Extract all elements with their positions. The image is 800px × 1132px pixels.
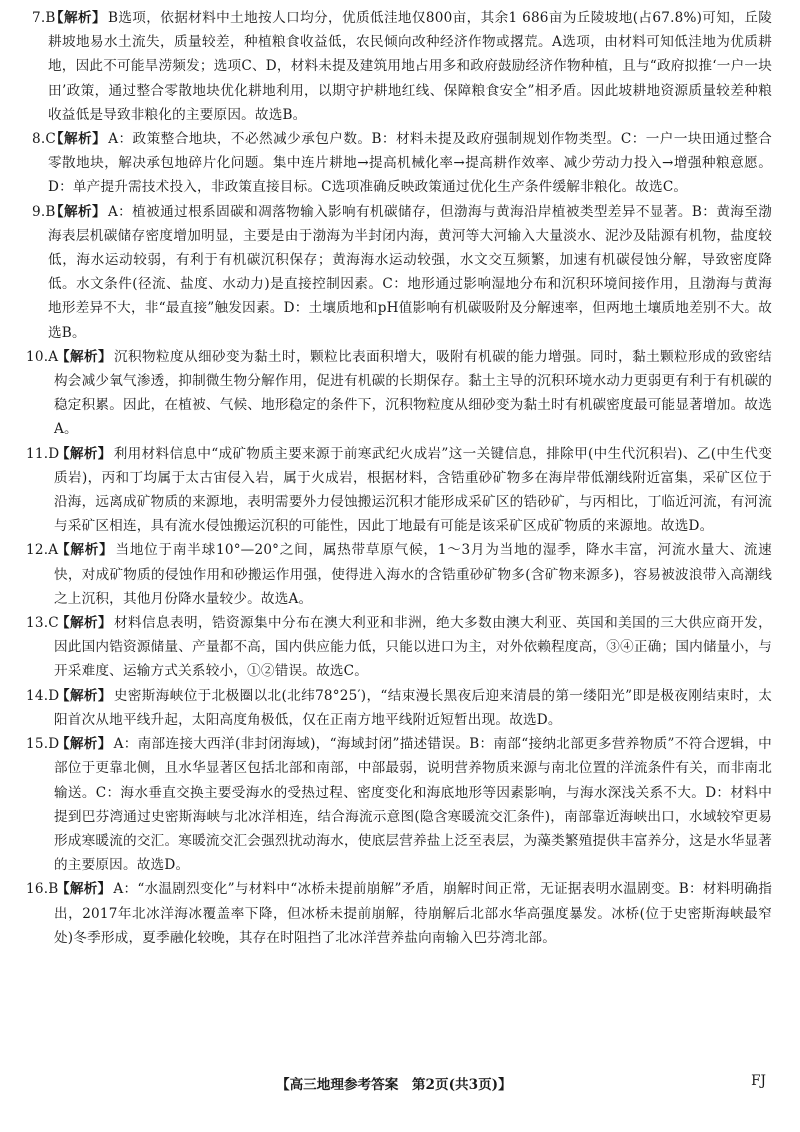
- question-number: 12.A: [26, 538, 58, 562]
- analysis-tag: 【解析】: [50, 131, 106, 147]
- page-footer: 【高三地理参考答案 第2页(共3页)】 FJ: [0, 1073, 800, 1095]
- answer-item-11: 11.D 【解析】利用材料信息中“成矿物质主要来源于前寒武纪火成岩”这一关键信息…: [32, 442, 772, 539]
- question-number: 7.B: [32, 6, 56, 30]
- analysis-tag: 【解析】: [56, 446, 112, 462]
- analysis-text: 史密斯海峡位于北极圈以北(北纬78°25′)，“结束漫长黑夜后迎来清晨的第一缕阳…: [54, 688, 772, 728]
- question-number: 10.A: [26, 345, 58, 369]
- question-number: 8.C: [32, 127, 56, 151]
- analysis-tag: 【解析】: [56, 688, 112, 704]
- question-number: 11.D: [26, 442, 59, 466]
- analysis-text: 利用材料信息中“成矿物质主要来源于前寒武纪火成岩”这一关键信息，排除甲(中生代沉…: [54, 446, 772, 535]
- analysis-text: A：植被通过根系固碳和凋落物输入影响有机碳储存，但渤海与黄海沿岸植被类型差异不显…: [48, 204, 772, 341]
- question-number: 14.D: [26, 684, 59, 708]
- analysis-text: 当地位于南半球10°—20°之间，属热带草原气候，1～3月为当地的湿季，降水丰富…: [54, 542, 772, 606]
- answer-item-8: 8.C 【解析】A：政策整合地块，不必然减少承包户数。B：材料未提及政府强制规划…: [32, 127, 772, 200]
- analysis-tag: 【解析】: [56, 615, 112, 631]
- analysis-tag: 【解析】: [50, 10, 106, 26]
- answer-item-12: 12.A 【解析】当地位于南半球10°—20°之间，属热带草原气候，1～3月为当…: [32, 538, 772, 611]
- analysis-text: A：“水温剧烈变化”与材料中“冰桥未提前崩解”矛盾，崩解时间正常，无证据表明水温…: [54, 881, 772, 945]
- analysis-tag: 【解析】: [56, 542, 113, 558]
- question-number: 16.B: [26, 877, 58, 901]
- analysis-text: A：南部连接大西洋(非封闭海域)，“海域封闭”描述错误。B：南部“接纳北部更多营…: [54, 736, 772, 873]
- question-number: 15.D: [26, 732, 59, 756]
- answer-item-13: 13.C 【解析】材料信息表明，锆资源集中分布在澳大利亚和非洲，绝大多数由澳大利…: [32, 611, 772, 684]
- answer-item-10: 10.A 【解析】沉积物粒度从细砂变为黏土时，颗粒比表面积增大，吸附有机碳的能力…: [32, 345, 772, 442]
- question-number: 9.B: [32, 200, 56, 224]
- analysis-tag: 【解析】: [56, 881, 111, 897]
- analysis-text: B选项，依据材料中土地按人口均分，优质低洼地仅800亩，其余1 686亩为丘陵坡…: [48, 10, 772, 123]
- analysis-text: 材料信息表明，锆资源集中分布在澳大利亚和非洲，绝大多数由澳大利亚、英国和美国的三…: [54, 615, 772, 679]
- analysis-tag: 【解析】: [50, 204, 106, 220]
- answer-item-7: 7.B 【解析】B选项，依据材料中土地按人口均分，优质低洼地仅800亩，其余1 …: [32, 6, 772, 127]
- answer-key-page: 7.B 【解析】B选项，依据材料中土地按人口均分，优质低洼地仅800亩，其余1 …: [0, 0, 800, 1132]
- analysis-tag: 【解析】: [56, 349, 112, 365]
- analysis-tag: 【解析】: [56, 736, 112, 752]
- analysis-text: A：政策整合地块，不必然减少承包户数。B：材料未提及政府强制规划作物类型。C：一…: [48, 131, 772, 195]
- answer-list: 7.B 【解析】B选项，依据材料中土地按人口均分，优质低洼地仅800亩，其余1 …: [32, 6, 772, 950]
- answer-item-16: 16.B 【解析】A：“水温剧烈变化”与材料中“冰桥未提前崩解”矛盾，崩解时间正…: [32, 877, 772, 950]
- answer-item-15: 15.D 【解析】A：南部连接大西洋(非封闭海域)，“海域封闭”描述错误。B：南…: [32, 732, 772, 877]
- analysis-text: 沉积物粒度从细砂变为黏土时，颗粒比表面积增大，吸附有机碳的能力增强。同时，黏土颗…: [54, 349, 772, 438]
- question-number: 13.C: [26, 611, 59, 635]
- footer-code: FJ: [751, 1073, 766, 1089]
- answer-item-9: 9.B 【解析】A：植被通过根系固碳和凋落物输入影响有机碳储存，但渤海与黄海沿岸…: [32, 200, 772, 345]
- answer-item-14: 14.D 【解析】史密斯海峡位于北极圈以北(北纬78°25′)，“结束漫长黑夜后…: [32, 684, 772, 732]
- footer-title: 【高三地理参考答案 第2页(共3页)】: [276, 1073, 512, 1093]
